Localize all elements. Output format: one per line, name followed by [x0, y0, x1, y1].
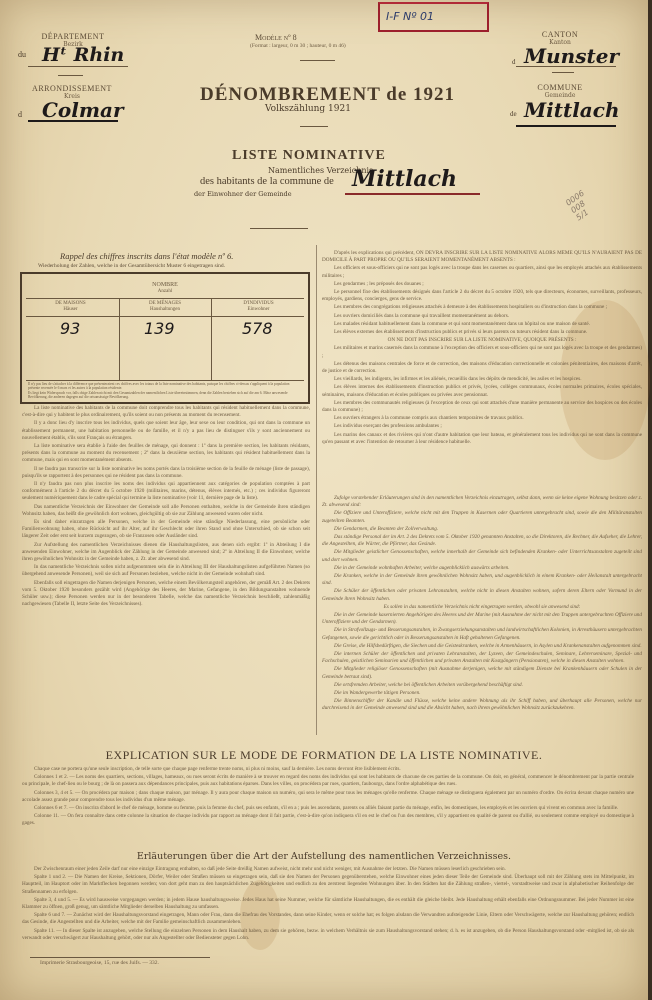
- census-document-page: I-F Nº 01 DÉPARTEMENT Bezirk du Hᵗ Rhin …: [0, 0, 648, 1000]
- maisons-value: 93: [60, 319, 80, 338]
- col-maisons-label: DE MAISONS: [22, 301, 119, 306]
- commune-label: COMMUNE: [525, 83, 595, 92]
- right-instructions-de: Zufolge vorstehender Erläuterungen sind …: [322, 495, 642, 735]
- departement-prefix: du: [18, 50, 26, 59]
- rappel-header: NOMBRE: [22, 282, 308, 288]
- rappel-title: Rappel des chiffres inscrits dans l'état…: [60, 251, 233, 261]
- explication-text: Chaque case ne portera qu'une seule insc…: [22, 766, 634, 828]
- canton-value: Munster: [524, 44, 619, 68]
- margin-note: 00060085/1: [564, 189, 596, 223]
- page-title-de: Volkszählung 1921: [265, 104, 351, 114]
- liste-line-de: der Einwohner der Gemeinde: [194, 190, 292, 198]
- departement-value: Hᵗ Rhin: [42, 44, 124, 66]
- col-individus-label-de: Einwohner: [211, 307, 306, 312]
- col-menages-label: DE MÉNAGES: [119, 301, 211, 306]
- left-instructions: La liste nominative des habitants de la …: [22, 405, 310, 735]
- rappel-title-de: Wiederholung der Zahlen, welche in der G…: [38, 263, 225, 269]
- imprint: Imprimerie Strasbourgeoise, 15, rue des …: [40, 960, 159, 966]
- col-individus-label: D'INDIVIDUS: [211, 301, 306, 306]
- menages-value: 139: [144, 319, 175, 338]
- commune-prefix: de: [510, 110, 517, 118]
- archive-stamp: I-F Nº 01: [378, 2, 489, 32]
- commune-value: Mittlach: [524, 98, 620, 122]
- col-maisons-label-de: Häuser: [22, 307, 119, 312]
- page-title: DÉNOMBREMENT de 1921: [200, 84, 455, 106]
- individus-value: 578: [242, 319, 273, 338]
- departement-label: DÉPARTEMENT: [28, 32, 118, 41]
- canton-prefix: d: [512, 58, 516, 66]
- liste-commune: Mittlach: [352, 166, 457, 192]
- erlaeuterungen-title: Erläuterungen über die Art der Aufstellu…: [0, 851, 648, 862]
- explication-title: EXPLICATION SUR LE MODE DE FORMATION DE …: [0, 748, 648, 763]
- rappel-table: NOMBRE Anzahl DE MAISONS Häuser DE MÉNAG…: [20, 272, 310, 404]
- arrondissement-label: ARRONDISSEMENT: [22, 84, 122, 93]
- arrondissement-prefix: d: [18, 110, 22, 119]
- rappel-note: Il n'y pas lieu de s'attacher à la diffé…: [28, 382, 302, 400]
- arrondissement-value: Colmar: [42, 98, 124, 122]
- col-menages-label-de: Haushaltungen: [119, 307, 211, 312]
- right-instructions-fr: D'après les explications qui précèdent, …: [322, 250, 642, 480]
- model-format: (Format : largeur, 0 m 30 ; hauteur, 0 m…: [250, 43, 346, 49]
- rappel-header-de: Anzahl: [22, 289, 308, 294]
- canton-label: CANTON: [530, 30, 590, 39]
- liste-title: LISTE NOMINATIVE: [232, 148, 386, 164]
- model-number: Modèle nº 8: [255, 33, 297, 42]
- erlaeuterungen-text: Der Zwischenraum einer jeden Zeile darf …: [22, 866, 634, 956]
- liste-line: des habitants de la commune de: [200, 176, 334, 187]
